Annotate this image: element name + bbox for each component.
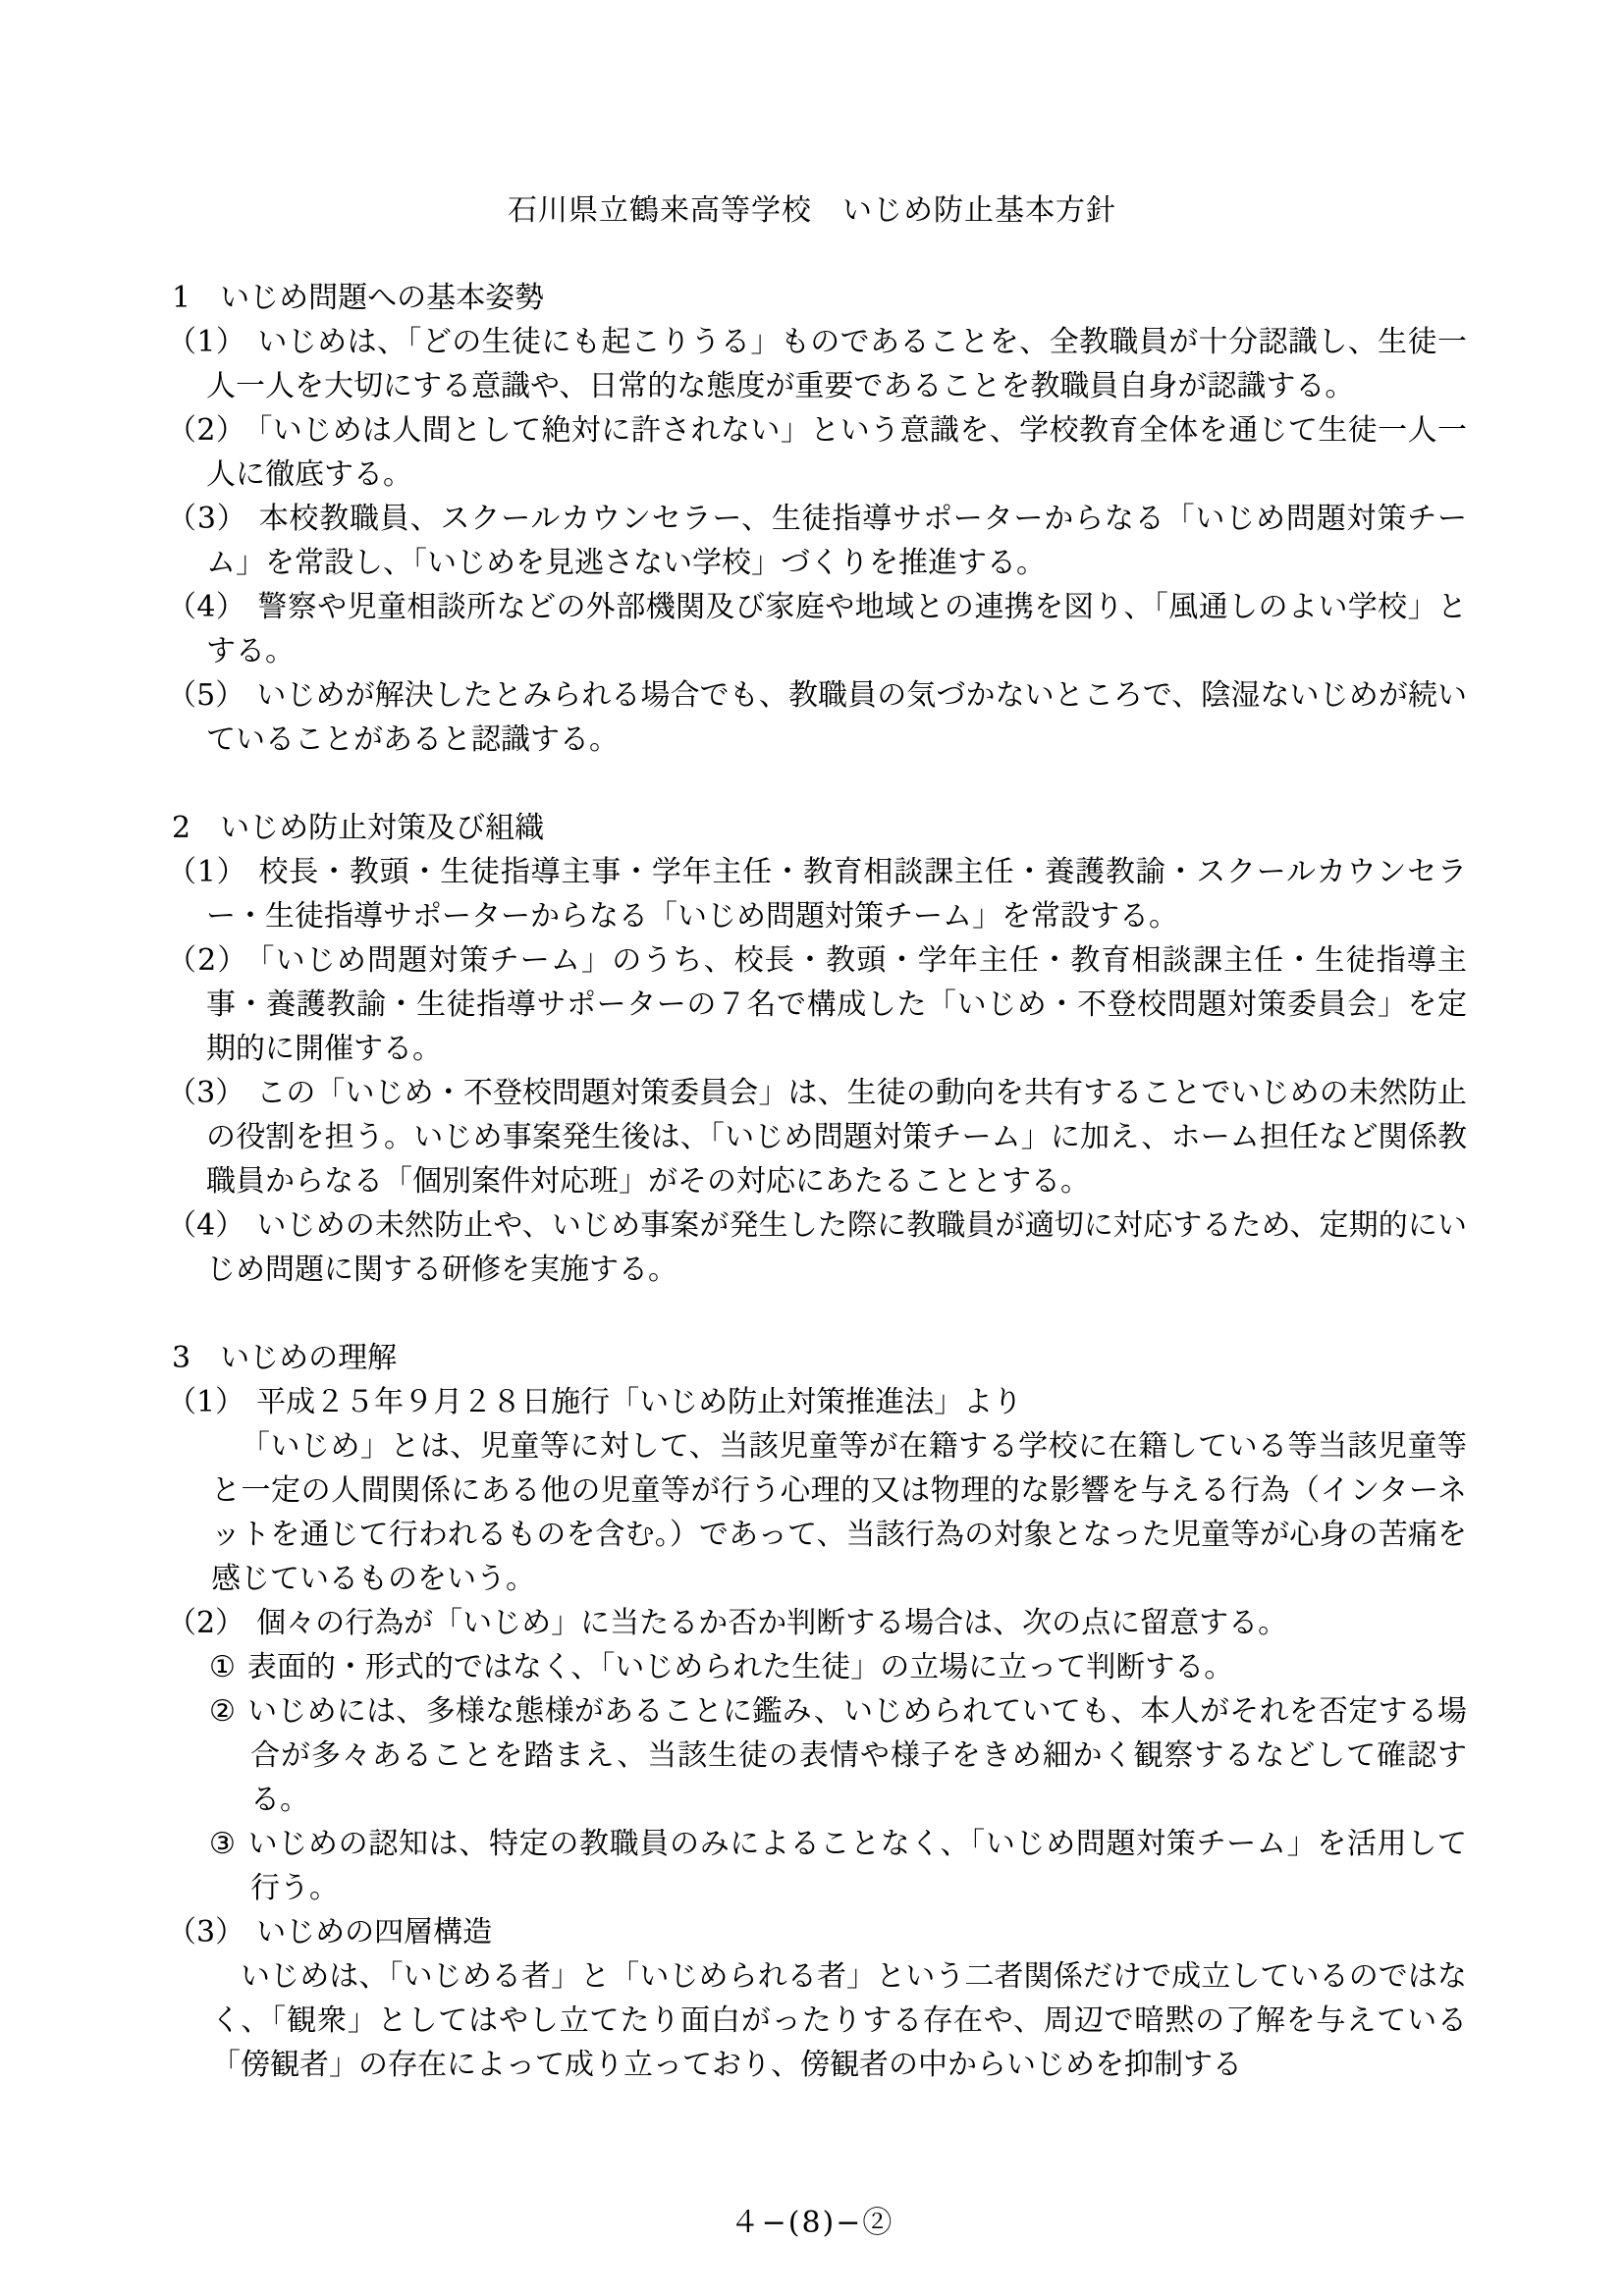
item-text: 校長・教頭・生徒指導主事・学年主任・教育相談課主任・養護教諭・スクールカウンセラ…	[206, 855, 1467, 934]
page-number: ４−(8)−②	[0, 2201, 1624, 2245]
item-marker: ②	[209, 1694, 236, 1729]
item-marker: （4）	[167, 1208, 244, 1243]
item-text: 個々の行為が「いじめ」に当たるか否か判断する場合は、次の点に留意する。	[256, 1606, 1287, 1640]
list-item: （3）この「いじめ・不登校問題対策委員会」は、生徒の動向を共有することでいじめの…	[0, 1071, 1624, 1203]
item-text: いじめの認知は、特定の教職員のみによることなく、「いじめ問題対策チーム」を活用し…	[248, 1827, 1467, 1905]
list-item: （2）「いじめ問題対策チーム」のうち、校長・教頭・学年主任・教育相談課主任・生徒…	[0, 938, 1624, 1071]
item-text: 警察や児童相談所などの外部機関及び家庭や地域との連携を図り、「風通しのよい学校」…	[206, 590, 1467, 668]
list-item: （2）「いじめは人間として絶対に許されない」という意識を、学校教育全体を通じて生…	[0, 408, 1624, 497]
item-text: この「いじめ・不登校問題対策委員会」は、生徒の動向を共有することでいじめの未然防…	[206, 1076, 1467, 1199]
item-text: 表面的・形式的ではなく、「いじめられた生徒」の立場に立って判断する。	[247, 1650, 1233, 1684]
item-marker: （5）	[167, 678, 244, 713]
item-text: 「いじめは人間として絶対に許されない」という意識を、学校教育全体を通じて生徒一人…	[206, 413, 1467, 492]
item-text: いじめには、多様な態様があることに鑑み、いじめられていても、本人がそれを否定する…	[247, 1694, 1467, 1817]
item-marker: ③	[209, 1827, 237, 1861]
section-1: 1 いじめ問題への基本姿勢（1）いじめは、「どの生徒にも起こりうる」ものであるこ…	[0, 276, 1624, 762]
item-marker: （3）	[167, 1076, 244, 1110]
paragraph: いじめは、「いじめる者」と「いじめられる者」という二者関係だけで成立しているので…	[0, 1954, 1624, 2087]
paragraph: 「いじめ」とは、児童等に対して、当該児童等が在籍する学校に在籍している等当該児童…	[0, 1424, 1624, 1601]
item-marker: （1）	[167, 325, 245, 359]
sub-item: ③いじめの認知は、特定の教職員のみによることなく、「いじめ問題対策チーム」を活用…	[0, 1822, 1624, 1910]
item-marker: （3）	[167, 502, 247, 536]
item-marker: （2）	[167, 413, 245, 448]
item-marker: （2）	[167, 943, 248, 978]
item-marker: （2）	[167, 1606, 244, 1640]
section-3: 3 いじめの理解（1）平成２５年９月２８日施行「いじめ防止対策推進法」より「いじ…	[0, 1336, 1624, 2087]
item-marker: （3）	[167, 1915, 244, 1949]
sub-item: ①表面的・形式的ではなく、「いじめられた生徒」の立場に立って判断する。	[0, 1645, 1624, 1689]
item-text: いじめの四層構造	[256, 1915, 492, 1949]
item-text: いじめは、「いじめる者」と「いじめられる者」という二者関係だけで成立しているので…	[211, 1959, 1467, 2082]
item-text: いじめが解決したとみられる場合でも、教職員の気づかないところで、陰湿ないじめが続…	[206, 678, 1467, 757]
list-item: （4）いじめの未然防止や、いじめ事案が発生した際に教職員が適切に対応するため、定…	[0, 1203, 1624, 1292]
item-marker: ①	[209, 1650, 236, 1684]
section-heading: 2 いじめ防止対策及び組織	[0, 806, 1624, 850]
list-item: （1）校長・教頭・生徒指導主事・学年主任・教育相談課主任・養護教諭・スクールカウ…	[0, 850, 1624, 938]
list-item: （3）いじめの四層構造	[0, 1910, 1624, 1954]
item-marker: （1）	[167, 855, 246, 889]
list-item: （3）本校教職員、スクールカウンセラー、生徒指導サポーターからなる「いじめ問題対…	[0, 497, 1624, 585]
list-item: （2）個々の行為が「いじめ」に当たるか否か判断する場合は、次の点に留意する。	[0, 1601, 1624, 1645]
item-text: 平成２５年９月２８日施行「いじめ防止対策推進法」より	[256, 1385, 1022, 1419]
document-page: 石川県立鶴来高等学校 いじめ防止基本方針 1 いじめ問題への基本姿勢（1）いじめ…	[0, 0, 1624, 2296]
item-text: いじめは、「どの生徒にも起こりうる」ものであることを、全教職員が十分認識し、生徒…	[206, 325, 1467, 403]
list-item: （5）いじめが解決したとみられる場合でも、教職員の気づかないところで、陰湿ないじ…	[0, 673, 1624, 762]
list-item: （1）いじめは、「どの生徒にも起こりうる」ものであることを、全教職員が十分認識し…	[0, 320, 1624, 408]
document-body: 1 いじめ問題への基本姿勢（1）いじめは、「どの生徒にも起こりうる」ものであるこ…	[0, 276, 1624, 2087]
document-title: 石川県立鶴来高等学校 いじめ防止基本方針	[0, 0, 1624, 233]
section-2: 2 いじめ防止対策及び組織（1）校長・教頭・生徒指導主事・学年主任・教育相談課主…	[0, 806, 1624, 1292]
sub-item: ②いじめには、多様な態様があることに鑑み、いじめられていても、本人がそれを否定す…	[0, 1689, 1624, 1822]
item-text: いじめの未然防止や、いじめ事案が発生した際に教職員が適切に対応するため、定期的に…	[206, 1208, 1467, 1287]
section-heading: 3 いじめの理解	[0, 1336, 1624, 1380]
item-text: 本校教職員、スクールカウンセラー、生徒指導サポーターからなる「いじめ問題対策チー…	[206, 502, 1467, 580]
section-heading: 1 いじめ問題への基本姿勢	[0, 276, 1624, 320]
list-item: （1）平成２５年９月２８日施行「いじめ防止対策推進法」より	[0, 1380, 1624, 1424]
list-item: （4）警察や児童相談所などの外部機関及び家庭や地域との連携を図り、「風通しのよい…	[0, 585, 1624, 673]
item-text: 「いじめ問題対策チーム」のうち、校長・教頭・学年主任・教育相談課主任・生徒指導主…	[206, 943, 1467, 1066]
item-marker: （4）	[167, 590, 245, 624]
item-text: 「いじめ」とは、児童等に対して、当該児童等が在籍する学校に在籍している等当該児童…	[211, 1429, 1467, 1596]
item-marker: （1）	[167, 1385, 244, 1419]
